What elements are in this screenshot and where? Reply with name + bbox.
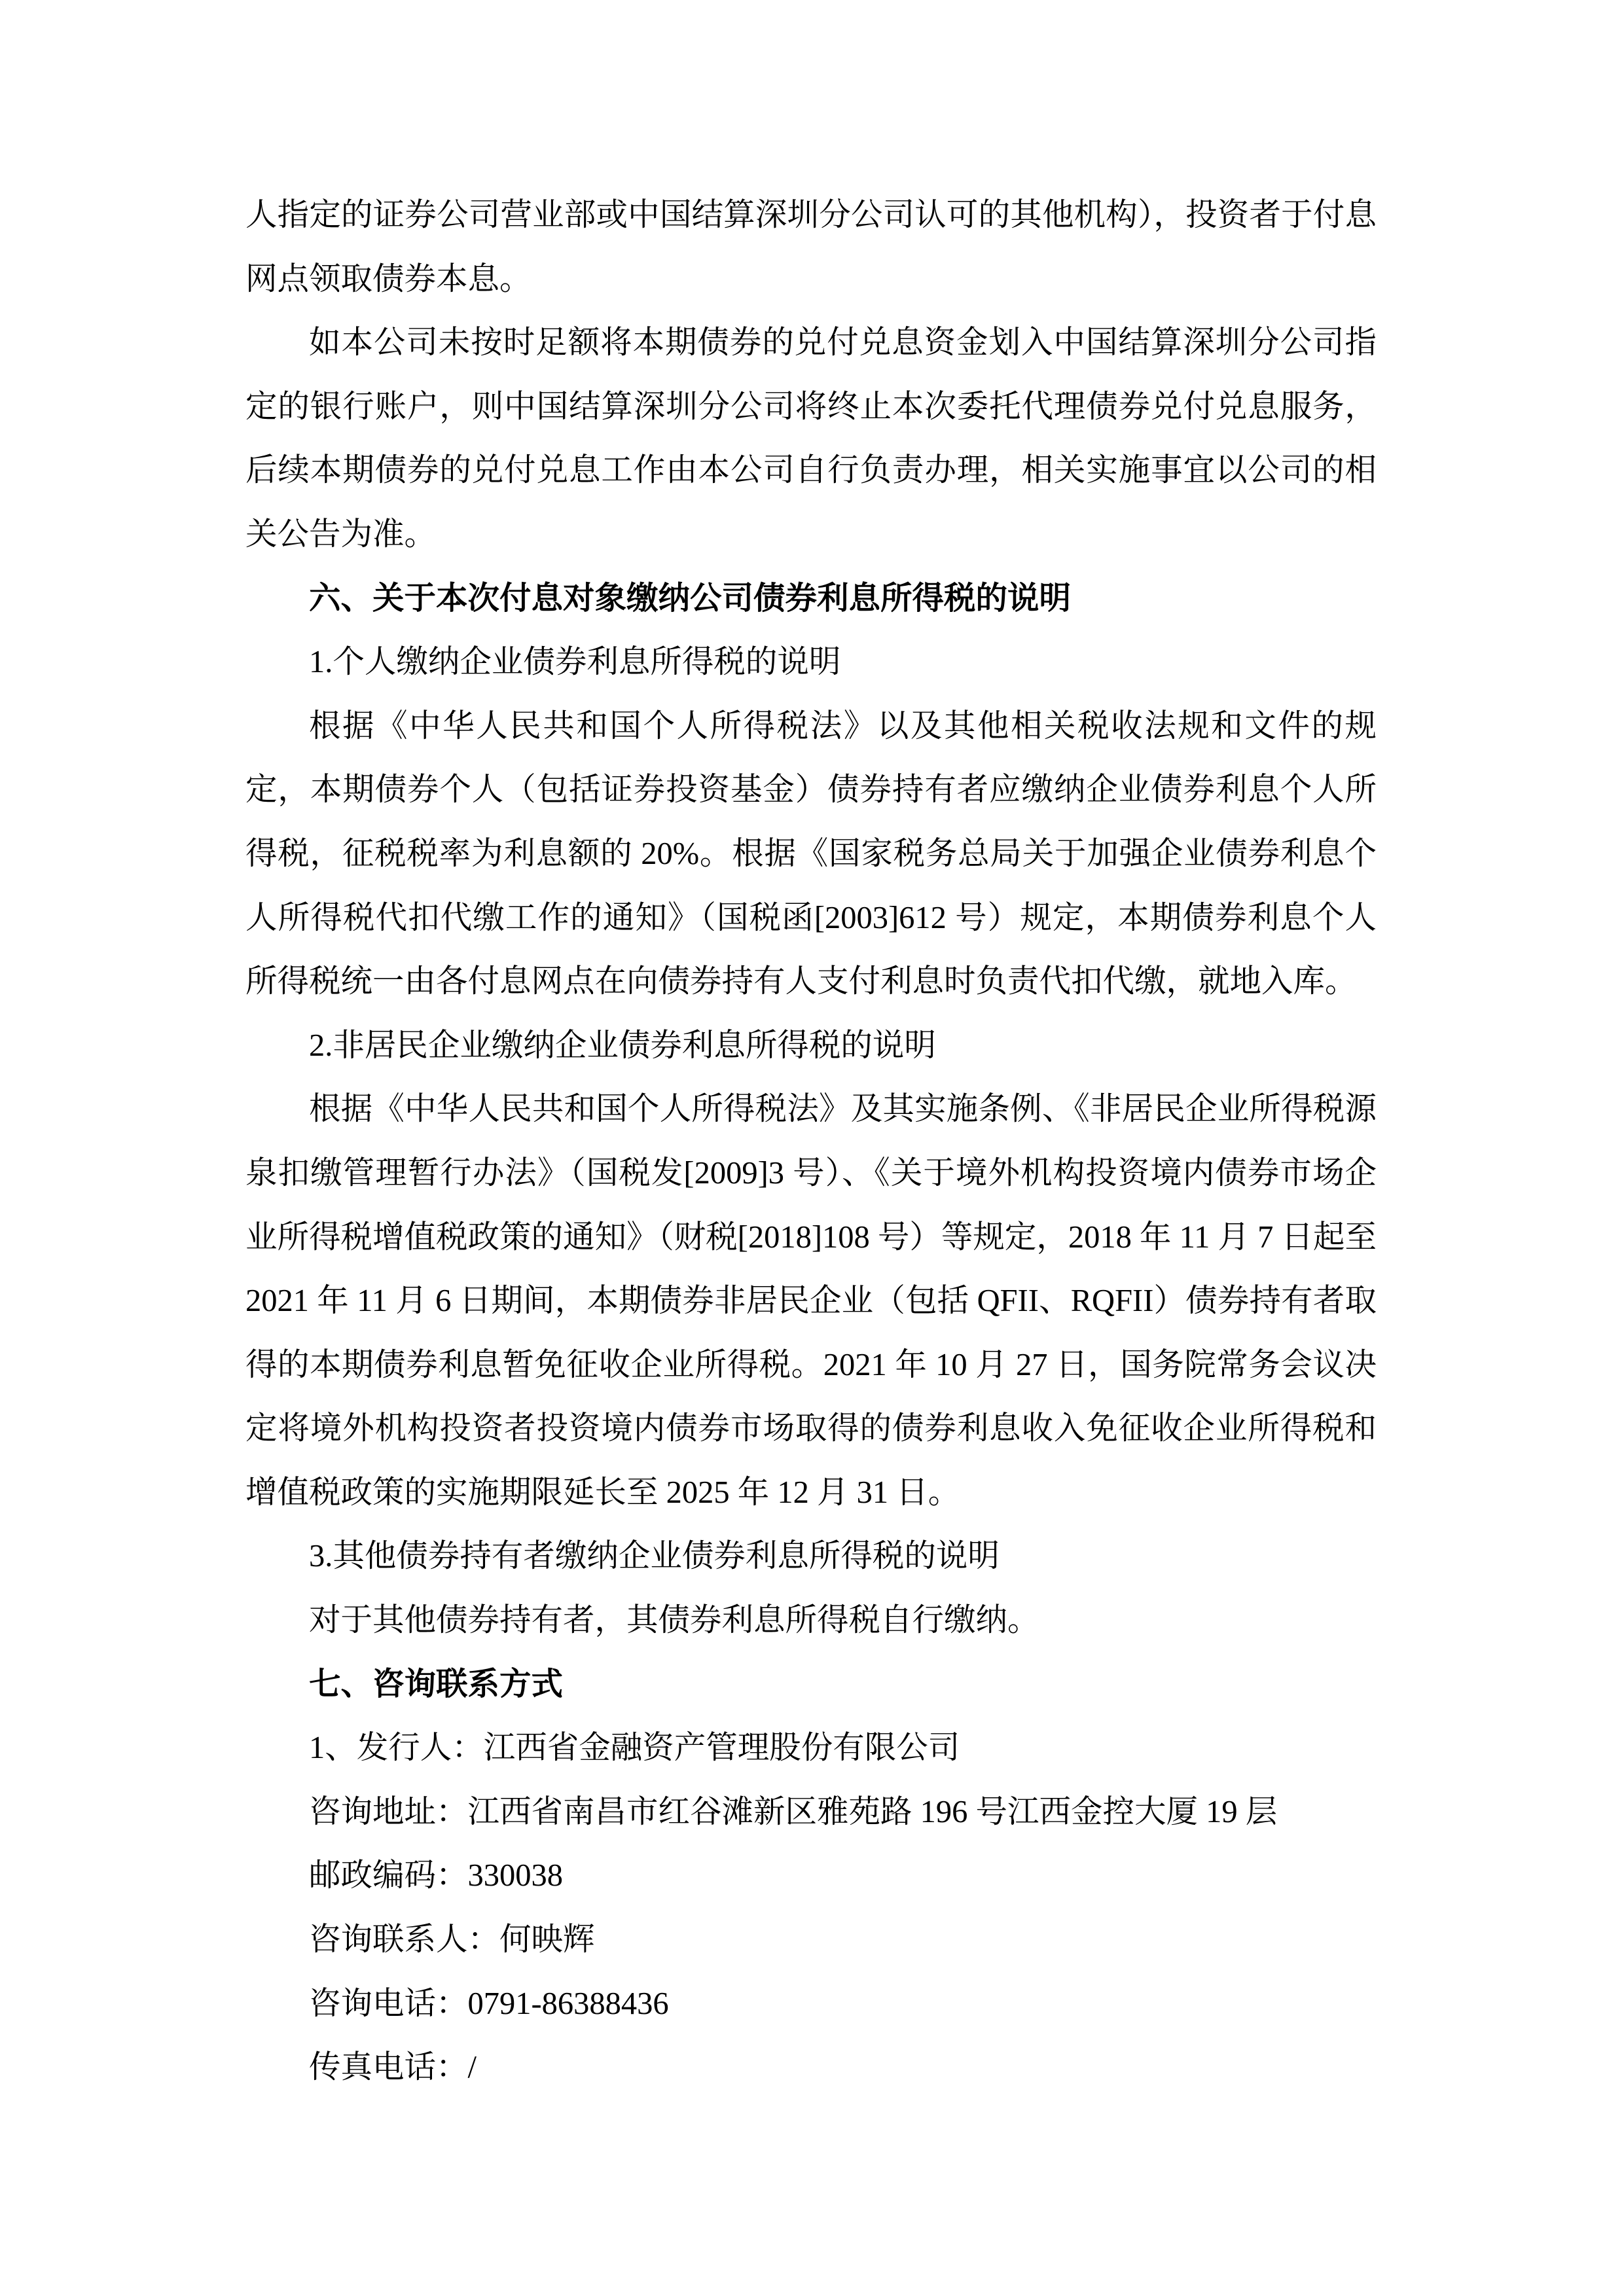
personal-tax-paragraph: 根据《中华人民共和国个人所得税法》以及其他相关税收法规和文件的规定，本期债券个人… (245, 694, 1377, 1014)
nonresident-tax-paragraph: 根据《中华人民共和国个人所得税法》及其实施条例、《非居民企业所得税源泉扣缴管理暂… (245, 1077, 1377, 1524)
address-line: 咨询地址：江西省南昌市红谷滩新区雅苑路 196 号江西金控大厦 19 层 (245, 1780, 1377, 1844)
continuation-paragraph: 人指定的证券公司营业部或中国结算深圳分公司认可的其他机构），投资者于付息网点领取… (245, 183, 1377, 311)
document-page: 人指定的证券公司营业部或中国结算深圳分公司认可的其他机构），投资者于付息网点领取… (0, 0, 1624, 2296)
section-heading-7: 七、咨询联系方式 (245, 1653, 1377, 1717)
redemption-notice-paragraph: 如本公司未按时足额将本期债券的兑付兑息资金划入中国结算深圳分公司指定的银行账户，… (245, 311, 1377, 566)
postcode-line: 邮政编码：330038 (245, 1844, 1377, 1908)
item-3-other-holders-heading: 3.其他债券持有者缴纳企业债券利息所得税的说明 (245, 1524, 1377, 1588)
other-holders-paragraph: 对于其他债券持有者，其债券利息所得税自行缴纳。 (245, 1588, 1377, 1653)
section-heading-6: 六、关于本次付息对象缴纳公司债券利息所得税的说明 (245, 567, 1377, 631)
issuer-line: 1、发行人：江西省金融资产管理股份有限公司 (245, 1716, 1377, 1780)
contact-person-line: 咨询联系人：何映辉 (245, 1908, 1377, 1972)
phone-line: 咨询电话：0791-86388436 (245, 1972, 1377, 2036)
item-1-personal-tax-heading: 1.个人缴纳企业债券利息所得税的说明 (245, 630, 1377, 694)
fax-line: 传真电话：/ (245, 2036, 1377, 2100)
item-2-nonresident-heading: 2.非居民企业缴纳企业债券利息所得税的说明 (245, 1014, 1377, 1078)
